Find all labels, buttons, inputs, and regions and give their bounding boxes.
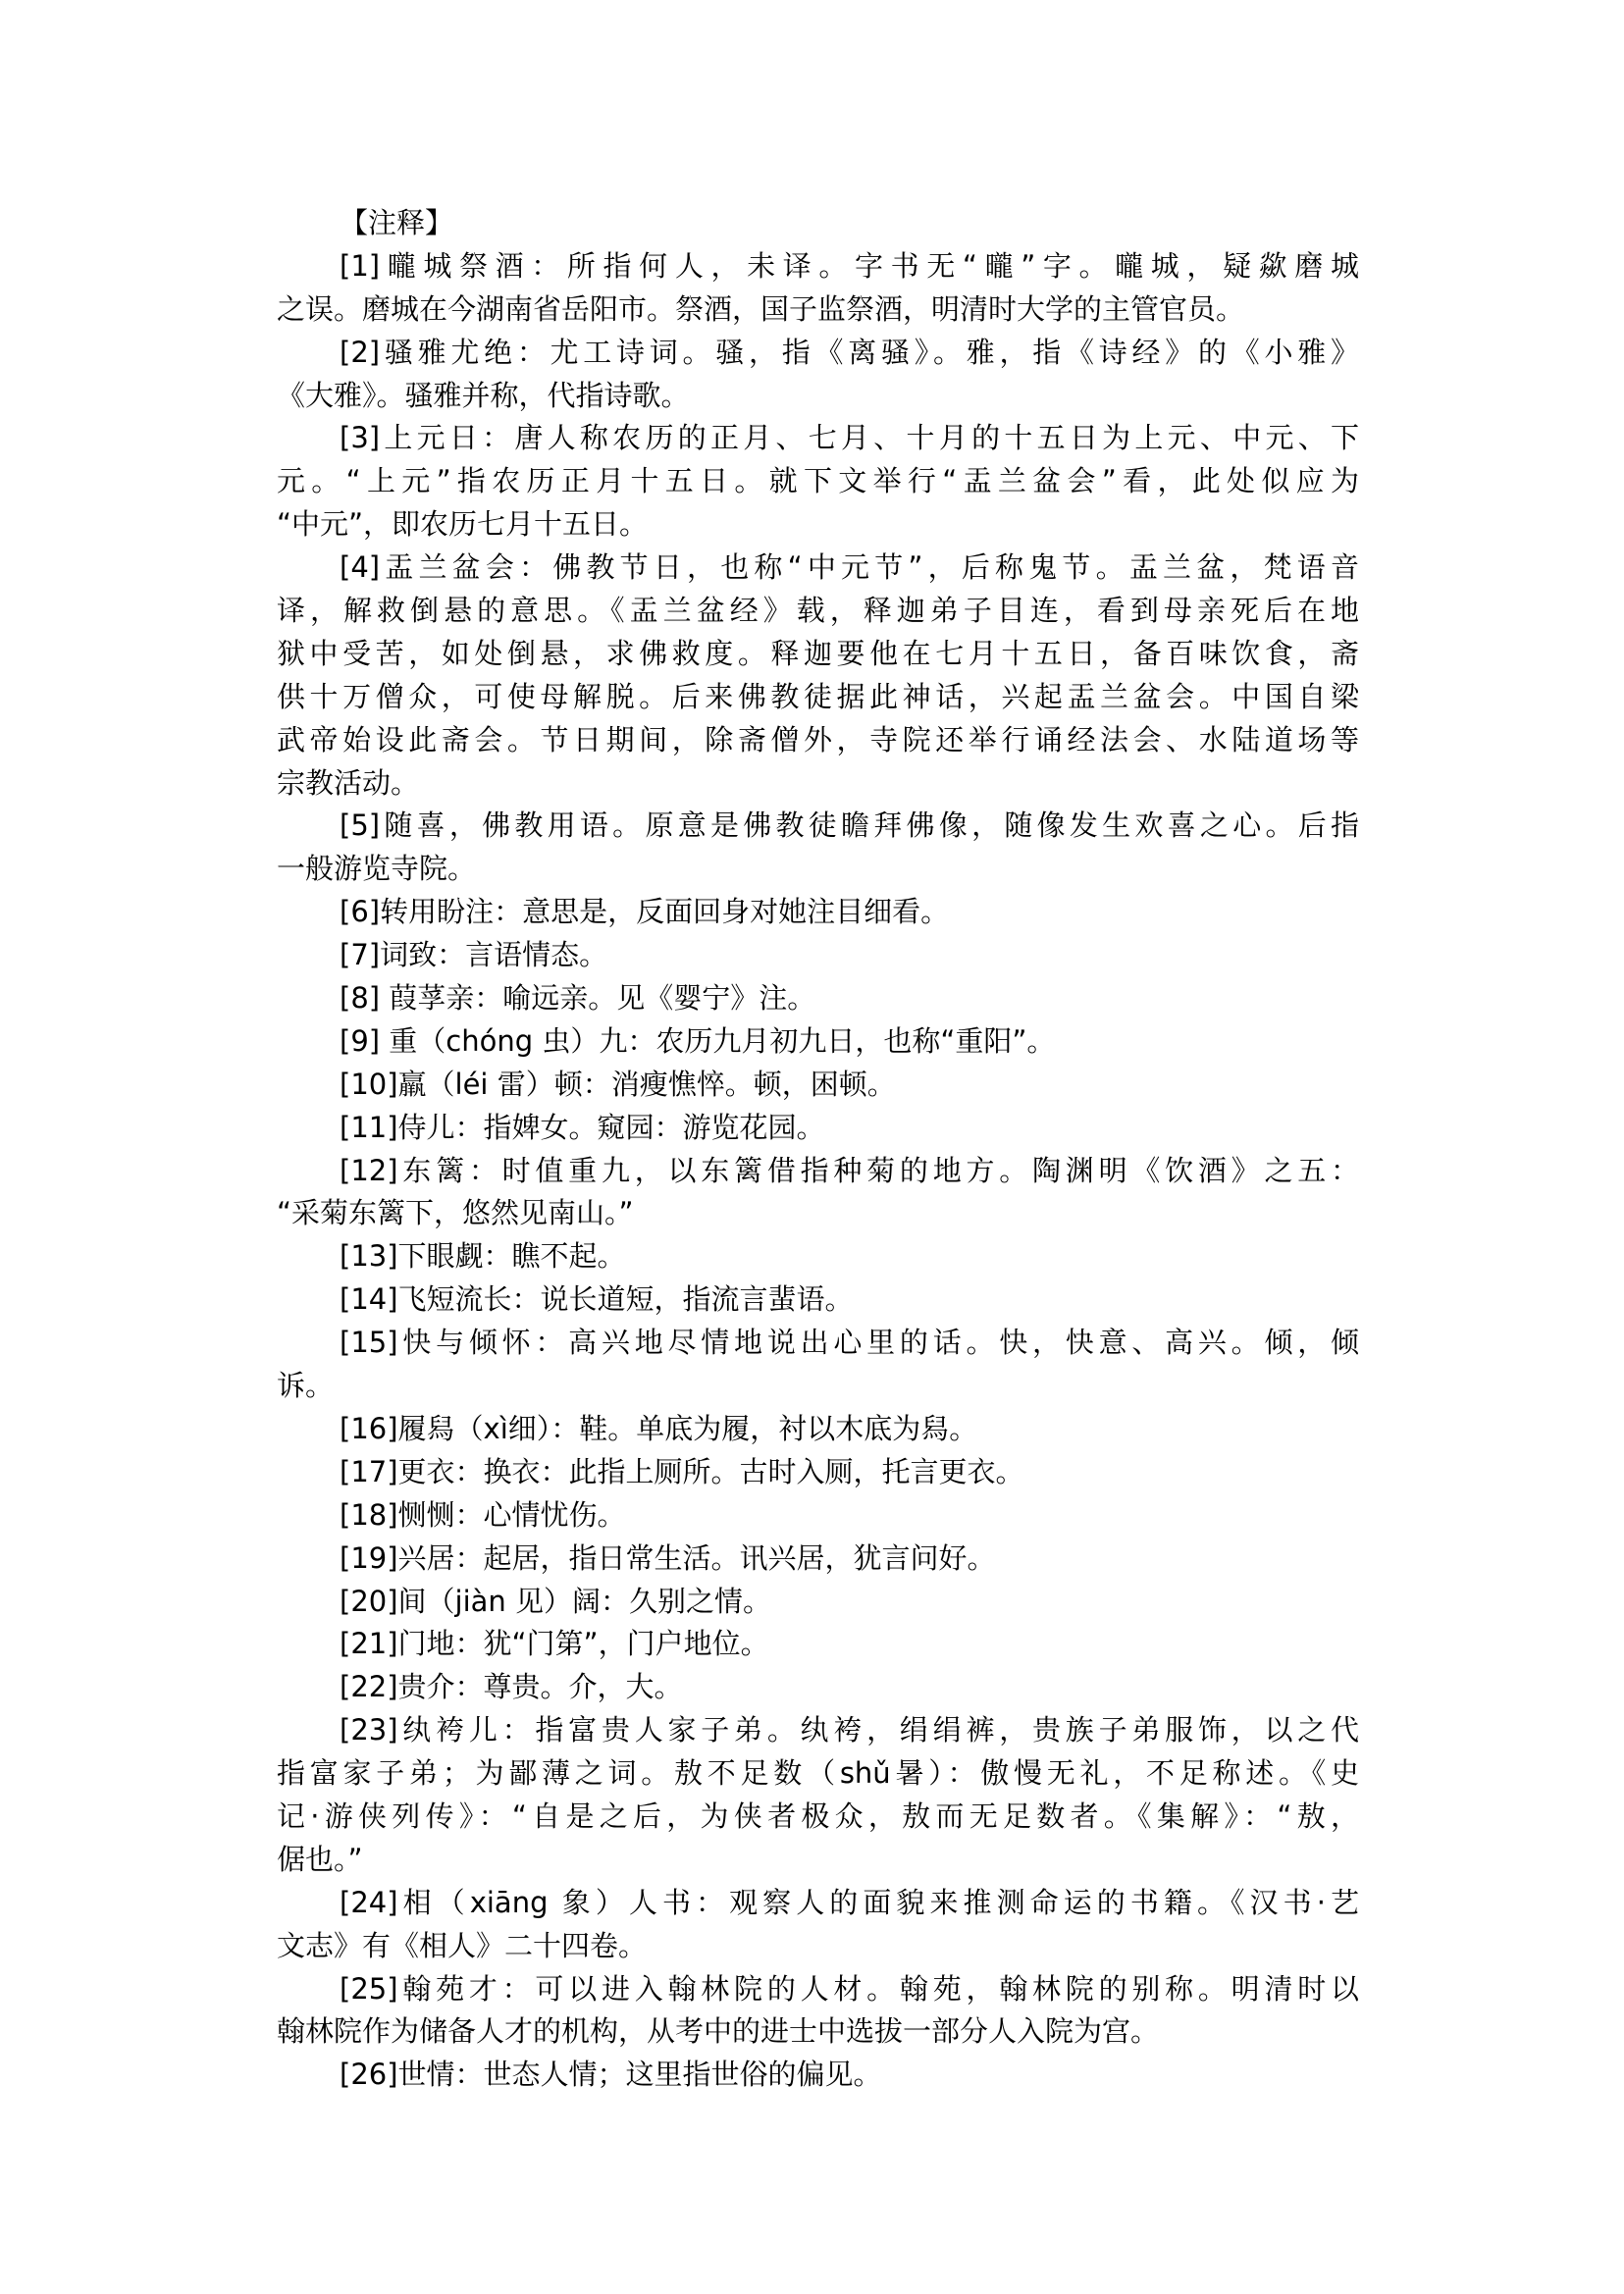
note-continuation-line: 元。“上元”指农历正月十五日。就下文举行“盂兰盆会”看，此处似应为	[277, 460, 1359, 503]
note-first-line: [4]盂兰盆会：佛教节日，也称“中元节”，后称鬼节。盂兰盆，梵语音	[277, 547, 1359, 590]
note-first-line: [9] 重（chóng 虫）九：农历九月初九日，也称“重阳”。	[277, 1020, 1359, 1064]
note-item: [25]翰苑才：可以进入翰林院的人材。翰苑，翰林院的别称。明清时以翰林院作为储备…	[277, 1968, 1359, 2055]
notes-list: [1]曨城祭酒：所指何人，未译。字书无“曨”字。曨城，疑歘磨城之误。磨城在今湖南…	[277, 245, 1359, 2097]
note-continuation-line: 文志》有《相人》二十四卷。	[277, 1925, 1359, 1968]
note-item: [23]纨袴儿：指富贵人家子弟。纨袴，绢绢裤，贵族子弟服饰，以之代指富家子弟；为…	[277, 1709, 1359, 1882]
note-first-line: [6]转用盼注：意思是，反面回身对她注目细看。	[277, 891, 1359, 934]
note-item: [1]曨城祭酒：所指何人，未译。字书无“曨”字。曨城，疑歘磨城之误。磨城在今湖南…	[277, 245, 1359, 332]
note-item: [16]履舄（xì细）：鞋。单底为履，衬以木底为舄。	[277, 1408, 1359, 1451]
note-item: [12]东篱：时值重九，以东篱借指种菊的地方。陶渊明《饮酒》之五：“采菊东篱下，…	[277, 1150, 1359, 1236]
note-first-line: [5]随喜，佛教用语。原意是佛教徒瞻拜佛像，随像发生欢喜之心。后指	[277, 805, 1359, 848]
note-continuation-line: 宗教活动。	[277, 762, 1359, 806]
note-item: [21]门地：犹“门第”，门户地位。	[277, 1623, 1359, 1666]
note-item: [5]随喜，佛教用语。原意是佛教徒瞻拜佛像，随像发生欢喜之心。后指一般游览寺院。	[277, 805, 1359, 891]
note-item: [2]骚雅尤绝：尤工诗词。骚，指《离骚》。雅，指《诗经》的《小雅》《大雅》。骚雅…	[277, 332, 1359, 418]
note-first-line: [2]骚雅尤绝：尤工诗词。骚，指《离骚》。雅，指《诗经》的《小雅》	[277, 332, 1359, 375]
note-item: [15]快与倾怀：高兴地尽情地说出心里的话。快，快意、高兴。倾，倾诉。	[277, 1322, 1359, 1408]
note-item: [13]下眼觑：瞧不起。	[277, 1235, 1359, 1278]
note-first-line: [11]侍儿：指婢女。窥园：游览花园。	[277, 1107, 1359, 1150]
note-first-line: [14]飞短流长：说长道短，指流言蜚语。	[277, 1278, 1359, 1322]
note-continuation-line: 之误。磨城在今湖南省岳阳市。祭酒，国子监祭酒，明清时大学的主管官员。	[277, 288, 1359, 332]
note-first-line: [20]间（jiàn 见）阔：久别之情。	[277, 1581, 1359, 1624]
note-item: [11]侍儿：指婢女。窥园：游览花园。	[277, 1107, 1359, 1150]
note-first-line: [26]世情：世态人情；这里指世俗的偏见。	[277, 2054, 1359, 2097]
note-continuation-line: 武帝始设此斋会。节日期间，除斋僧外，寺院还举行诵经法会、水陆道场等	[277, 719, 1359, 762]
note-first-line: [3]上元日：唐人称农历的正月、七月、十月的十五日为上元、中元、下	[277, 417, 1359, 460]
note-first-line: [24]相（xiāng 象）人书：观察人的面貌来推测命运的书籍。《汉书·艺	[277, 1882, 1359, 1925]
note-first-line: [7]词致：言语情态。	[277, 934, 1359, 977]
note-continuation-line: 指富家子弟；为鄙薄之词。敖不足数（shǔ暑）：傲慢无礼，不足称述。《史	[277, 1752, 1359, 1796]
annotations-page: 【注释】 [1]曨城祭酒：所指何人，未译。字书无“曨”字。曨城，疑歘磨城之误。磨…	[277, 202, 1359, 2097]
note-item: [17]更衣：换衣：此指上厕所。古时入厕，托言更衣。	[277, 1451, 1359, 1494]
note-item: [19]兴居：起居，指日常生活。讯兴居，犹言问好。	[277, 1538, 1359, 1581]
note-first-line: [17]更衣：换衣：此指上厕所。古时入厕，托言更衣。	[277, 1451, 1359, 1494]
note-first-line: [8] 葭莩亲：喻远亲。见《婴宁》注。	[277, 977, 1359, 1020]
note-continuation-line: “中元”，即农历七月十五日。	[277, 503, 1359, 547]
note-continuation-line: 记·游侠列传》：“自是之后，为侠者极众，敖而无足数者。《集解》：“敖，	[277, 1796, 1359, 1839]
note-item: [20]间（jiàn 见）阔：久别之情。	[277, 1581, 1359, 1624]
note-first-line: [10]羸（léi 雷）顿：消瘦憔悴。顿，困顿。	[277, 1064, 1359, 1107]
note-item: [14]飞短流长：说长道短，指流言蜚语。	[277, 1278, 1359, 1322]
note-first-line: [13]下眼觑：瞧不起。	[277, 1235, 1359, 1278]
note-continuation-line: 《大雅》。骚雅并称，代指诗歌。	[277, 375, 1359, 418]
note-item: [22]贵介：尊贵。介，大。	[277, 1666, 1359, 1709]
note-continuation-line: 翰林院作为储备人才的机构，从考中的进士中选拔一部分人入院为宫。	[277, 2010, 1359, 2054]
note-item: [3]上元日：唐人称农历的正月、七月、十月的十五日为上元、中元、下元。“上元”指…	[277, 417, 1359, 547]
note-item: [24]相（xiāng 象）人书：观察人的面貌来推测命运的书籍。《汉书·艺文志》…	[277, 1882, 1359, 1968]
note-first-line: [12]东篱：时值重九，以东篱借指种菊的地方。陶渊明《饮酒》之五：	[277, 1150, 1359, 1193]
note-item: [8] 葭莩亲：喻远亲。见《婴宁》注。	[277, 977, 1359, 1020]
note-continuation-line: 译，解救倒悬的意思。《盂兰盆经》载，释迦弟子目连，看到母亲死后在地	[277, 590, 1359, 633]
note-item: [6]转用盼注：意思是，反面回身对她注目细看。	[277, 891, 1359, 934]
note-item: [7]词致：言语情态。	[277, 934, 1359, 977]
note-first-line: [22]贵介：尊贵。介，大。	[277, 1666, 1359, 1709]
note-first-line: [23]纨袴儿：指富贵人家子弟。纨袴，绢绢裤，贵族子弟服饰，以之代	[277, 1709, 1359, 1752]
note-first-line: [25]翰苑才：可以进入翰林院的人材。翰苑，翰林院的别称。明清时以	[277, 1968, 1359, 2011]
note-continuation-line: 诉。	[277, 1365, 1359, 1408]
section-heading: 【注释】	[277, 202, 1359, 245]
note-item: [18]恻恻：心情忧伤。	[277, 1494, 1359, 1538]
note-item: [10]羸（léi 雷）顿：消瘦憔悴。顿，困顿。	[277, 1064, 1359, 1107]
note-first-line: [16]履舄（xì细）：鞋。单底为履，衬以木底为舄。	[277, 1408, 1359, 1451]
note-item: [4]盂兰盆会：佛教节日，也称“中元节”，后称鬼节。盂兰盆，梵语音译，解救倒悬的…	[277, 547, 1359, 805]
note-continuation-line: “采菊东篱下，悠然见南山。”	[277, 1192, 1359, 1235]
note-continuation-line: 狱中受苦，如处倒悬，求佛救度。释迦要他在七月十五日，备百味饮食，斋	[277, 633, 1359, 676]
note-first-line: [1]曨城祭酒：所指何人，未译。字书无“曨”字。曨城，疑歘磨城	[277, 245, 1359, 288]
note-first-line: [15]快与倾怀：高兴地尽情地说出心里的话。快，快意、高兴。倾，倾	[277, 1322, 1359, 1365]
note-first-line: [18]恻恻：心情忧伤。	[277, 1494, 1359, 1538]
note-continuation-line: 倨也。”	[277, 1839, 1359, 1882]
note-first-line: [19]兴居：起居，指日常生活。讯兴居，犹言问好。	[277, 1538, 1359, 1581]
note-item: [9] 重（chóng 虫）九：农历九月初九日，也称“重阳”。	[277, 1020, 1359, 1064]
note-first-line: [21]门地：犹“门第”，门户地位。	[277, 1623, 1359, 1666]
note-continuation-line: 供十万僧众，可使母解脱。后来佛教徒据此神话，兴起盂兰盆会。中国自梁	[277, 676, 1359, 719]
note-continuation-line: 一般游览寺院。	[277, 848, 1359, 891]
note-item: [26]世情：世态人情；这里指世俗的偏见。	[277, 2054, 1359, 2097]
